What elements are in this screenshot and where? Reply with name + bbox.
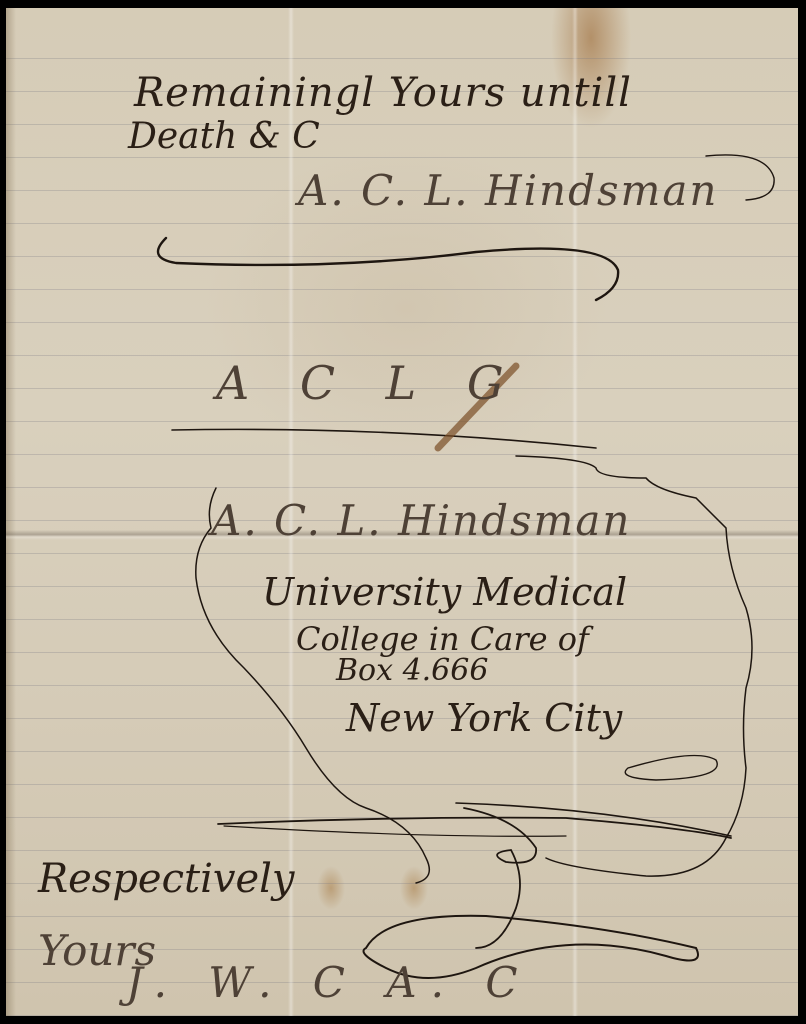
address-city: New York City bbox=[346, 696, 622, 740]
farewell-line-1: Respectively bbox=[38, 856, 295, 902]
closing-line-2: Death & C bbox=[128, 116, 320, 157]
farewell-initials: J. W. C A. C bbox=[126, 958, 531, 1007]
letter-page: Remainingl Yours untill Death & C A. C. … bbox=[6, 8, 798, 1016]
address-name: A. C. L. Hindsman bbox=[211, 496, 631, 545]
closing-signature: A. C. L. Hindsman bbox=[298, 166, 718, 215]
address-line-1: University Medical bbox=[262, 570, 627, 614]
initials-practice: A C L G bbox=[216, 356, 522, 410]
address-line-3: Box 4.666 bbox=[336, 653, 488, 688]
closing-line-1: Remainingl Yours untill bbox=[134, 70, 632, 116]
